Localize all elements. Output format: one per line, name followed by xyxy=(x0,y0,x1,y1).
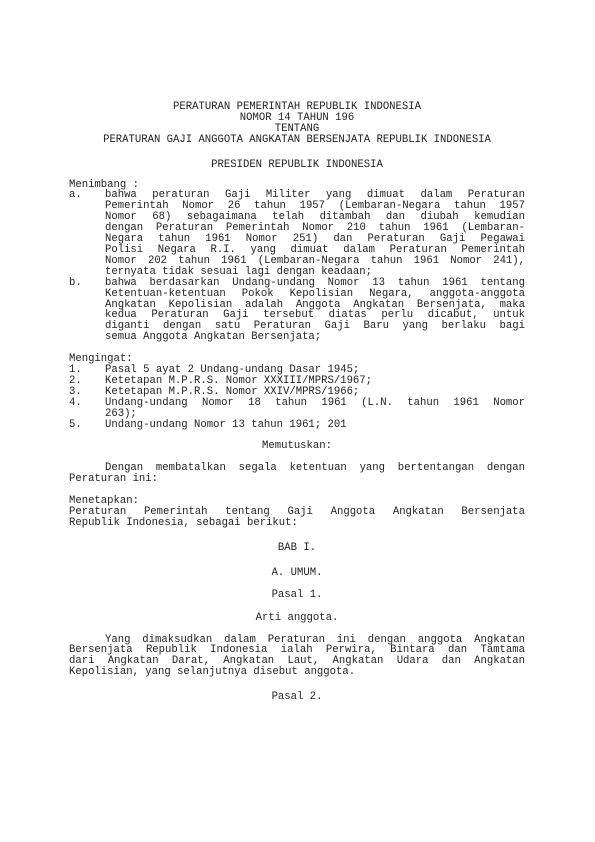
menimbang-item-b: b. bahwa berdasarkan Undang-undang Nomor… xyxy=(69,278,525,343)
item-marker: 5. xyxy=(69,420,105,431)
menetapkan-section: Menetapkan: Peraturan Pemerintah tentang… xyxy=(69,496,525,529)
section-heading: A. UMUM. xyxy=(69,568,525,579)
pasal-2-heading: Pasal 2. xyxy=(69,692,525,703)
mengingat-section: Mengingat: 1. Pasal 5 ayat 2 Undang-unda… xyxy=(69,354,525,430)
pasal-1-paragraph: Yang dimaksudkan dalam Peraturan ini den… xyxy=(69,635,525,679)
mengingat-item-5: 5. Undang-undang Nomor 13 tahun 1961; 20… xyxy=(69,420,525,431)
memutuskan-paragraph: Dengan membatalkan segala ketentuan yang… xyxy=(69,463,525,485)
text-line: Undang-undang Nomor 13 tahun 1961; 201 xyxy=(105,420,525,431)
title-subject: PERATURAN GAJI ANGGOTA ANGKATAN BERSENJA… xyxy=(69,135,525,146)
text-line: Republik Indonesia, sebagai berikut: xyxy=(69,518,525,529)
chapter-heading: BAB I. xyxy=(69,543,525,554)
document-title-block: PERATURAN PEMERINTAH REPUBLIK INDONESIA … xyxy=(69,102,525,146)
text-line: Undang-undang Nomor 18 tahun 1961 (L.N. … xyxy=(105,398,525,409)
menimbang-section: Menimbang : a. bahwa peraturan Gaji Mili… xyxy=(69,180,525,344)
item-marker: b. xyxy=(69,278,105,343)
menimbang-item-a: a. bahwa peraturan Gaji Militer yang dim… xyxy=(69,190,525,277)
text-line: bahwa berdasarkan Undang-undang Nomor 13… xyxy=(105,278,525,289)
pasal-1-heading: Pasal 1. xyxy=(69,590,525,601)
text-line: semua Anggota Angkatan Bersenjata; xyxy=(105,332,525,343)
item-marker: a. xyxy=(69,190,105,277)
memutuskan-heading: Memutuskan: xyxy=(69,441,525,452)
text-line: Ketentuan-ketentuan Pokok Kepolisian Neg… xyxy=(105,289,525,300)
text-line: Peraturan ini: xyxy=(69,474,525,485)
pasal-1-subtitle: Arti anggota. xyxy=(69,613,525,624)
text-line: 263); xyxy=(105,409,525,420)
president-heading: PRESIDEN REPUBLIK INDONESIA xyxy=(69,160,525,171)
mengingat-item-4: 4. Undang-undang Nomor 18 tahun 1961 (L.… xyxy=(69,398,525,420)
item-marker: 4. xyxy=(69,398,105,420)
document-page: PERATURAN PEMERINTAH REPUBLIK INDONESIA … xyxy=(69,102,525,703)
text-line: Kepolisian, yang selanjutnya disebut ang… xyxy=(69,667,525,678)
